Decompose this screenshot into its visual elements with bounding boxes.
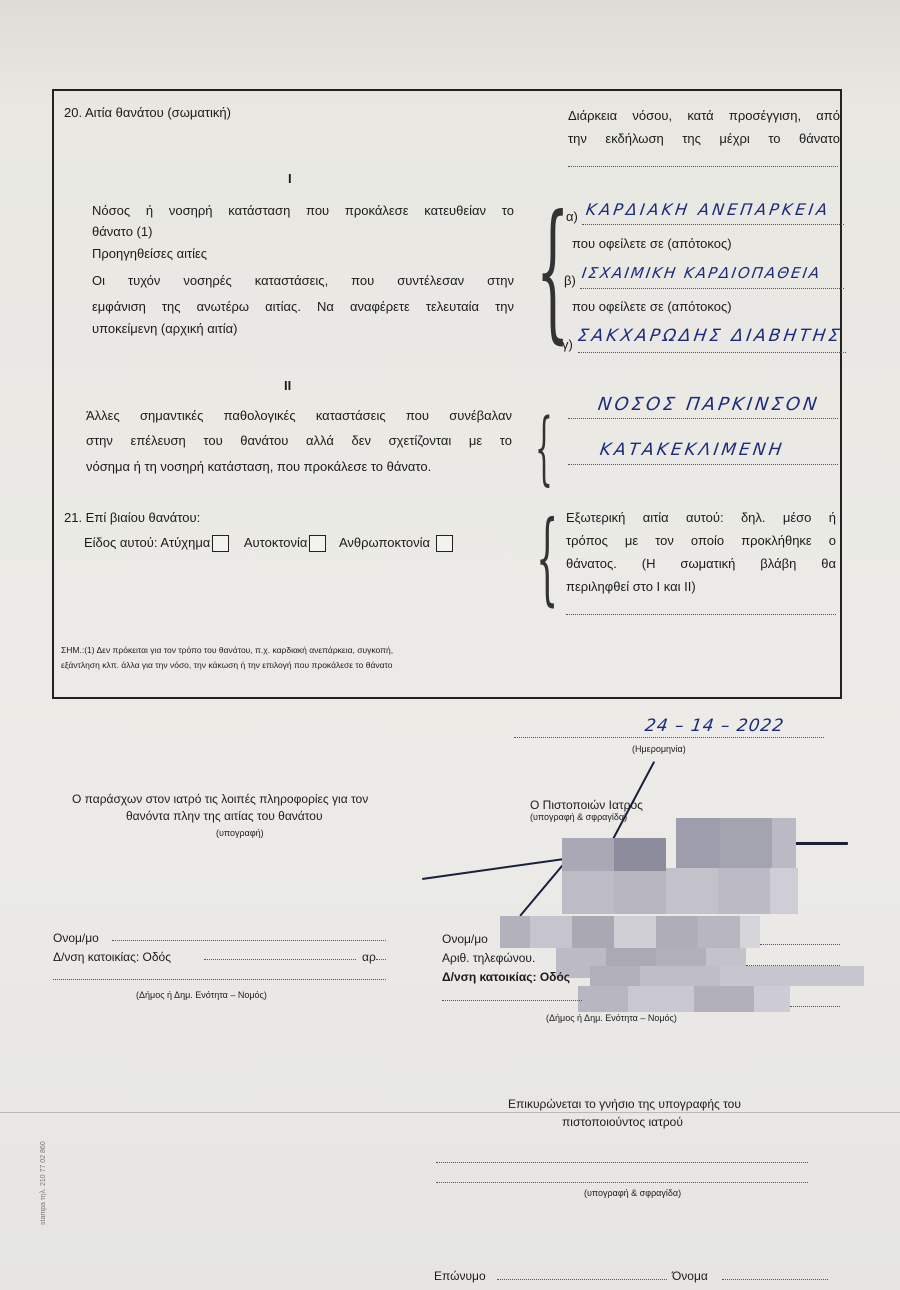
violent-death-options: Είδος αυτού: Ατύχημα Αυτοκτονία Ανθρωποκ… [84, 532, 453, 553]
note-line-1: ΣΗΜ.:(1) Δεν πρόκειται για τον τρόπο του… [61, 644, 393, 657]
part-2-numeral: II [284, 375, 291, 396]
cause-a-line [582, 224, 844, 225]
surname-label: Επώνυμο [434, 1266, 486, 1287]
cause-a-prefix: α) [566, 206, 578, 227]
part-2-line-1 [568, 418, 838, 419]
option-accident-checkbox[interactable] [212, 535, 229, 552]
external-cause-3: θάνατος. (Η σωματική βλάβη θα [566, 553, 836, 574]
date-value[interactable]: 24 – 14 – 2022 [644, 716, 786, 736]
firstname-label: Όνομα [672, 1266, 708, 1287]
part-2-text-3: νόσημα ή τη νοσηρή κατάσταση, που προκάλ… [86, 456, 431, 477]
informant-address-label: Δ/νση κατοικίας: Οδός [53, 947, 171, 968]
verification-line-1[interactable] [436, 1162, 808, 1163]
cause-b-line [580, 288, 844, 289]
kind-label: Είδος αυτού: [84, 535, 157, 550]
cause-b-note: που οφείλετε σε (απότοκος) [572, 296, 732, 317]
doctor-phone-label: Αριθ. τηλεφώνου. [442, 948, 535, 969]
verification-title-2: πιστοποιούντος ιατρού [562, 1112, 683, 1133]
part-2-value-2[interactable]: ΚΑΤΑΚΕΚΛΙΜΕΝΗ [599, 440, 786, 460]
part-1-text-2: θάνατο (1) [92, 221, 152, 242]
informant-number-field[interactable] [376, 959, 386, 960]
cause-b-prefix: β) [564, 270, 576, 291]
doctor-signature-stroke-4 [790, 842, 848, 845]
cause-c-prefix: γ) [562, 334, 573, 355]
doctor-municipality-field[interactable] [442, 1000, 582, 1001]
printer-mark: stampa τηλ. 210 77 02 860 [40, 1141, 47, 1225]
option-suicide-checkbox[interactable] [309, 535, 326, 552]
part-2-text-1: Άλλες σημαντικές παθολογικές καταστάσεις… [86, 405, 512, 426]
date-line [514, 737, 824, 738]
part-1-text-1: Νόσος ή νοσηρή κατάσταση που προκάλεσε κ… [92, 200, 514, 221]
part-1-text-5: εμφάνιση της ανωτέρω αιτίας. Να αναφέρετ… [92, 296, 514, 317]
option-accident-label: Ατύχημα [160, 535, 210, 550]
external-cause-2: τρόπος με τον οποίο προκλήθηκε ο [566, 530, 836, 551]
external-cause-4: περιληφθεί στο Ι και ΙΙ) [566, 576, 696, 597]
informant-number-label: αρ [362, 947, 376, 968]
verification-sign-label: (υπογραφή & σφραγίδα) [584, 1188, 681, 1198]
option-suicide-label: Αυτοκτονία [244, 535, 308, 550]
cause-a-note: που οφείλετε σε (απότοκος) [572, 233, 732, 254]
informant-municipality-field[interactable] [53, 979, 386, 980]
informant-title-2: θανόντα πλην της αιτίας του θανάτου [126, 806, 323, 827]
part-1-text-4: Οι τυχόν νοσηρές καταστάσεις, που συντέλ… [92, 270, 514, 291]
informant-address-field[interactable] [204, 959, 356, 960]
part-1-text-3: Προηγηθείσες αιτίες [92, 243, 207, 264]
option-homicide-label: Ανθρωποκτονία [339, 535, 430, 550]
doctor-phone-field[interactable] [746, 965, 840, 966]
informant-name-field[interactable] [112, 940, 386, 941]
duration-header-line-2: την εκδήλωση της μέχρι το θάνατο [568, 128, 840, 149]
informant-name-label: Ονομ/μο [53, 928, 99, 949]
firstname-field[interactable] [722, 1279, 828, 1280]
document-page: 20. Αιτία θανάτου (σωματική) Διάρκεια νό… [0, 0, 900, 1290]
cause-b-value[interactable]: ΙΣΧΑΙΜΙΚΗ ΚΑΡΔΙΟΠΑΘΕΙΑ [581, 264, 823, 282]
informant-sign-label: (υπογραφή) [216, 828, 264, 838]
part-2-value-1[interactable]: ΝΟΣΟΣ ΠΑΡΚΙΝΣΟΝ [597, 394, 822, 415]
option-homicide-checkbox[interactable] [436, 535, 453, 552]
part-1-text-6: υποκείμενη (αρχική αιτία) [92, 318, 238, 339]
external-cause-1: Εξωτερική αιτία αυτού: δηλ. μέσο ή [566, 507, 836, 528]
section-20-title: 20. Αιτία θανάτου (σωματική) [64, 102, 231, 123]
external-cause-brace: { [536, 508, 558, 608]
doctor-address-label: Δ/νση κατοικίας: Οδός [442, 967, 570, 988]
doctor-sign-label: (υπογραφή & σφραγίδα) [530, 812, 627, 822]
doctor-name-field[interactable] [760, 944, 840, 945]
cause-a-value[interactable]: ΚΑΡΔΙΑΚΗ ΑΝΕΠΑΡΚΕΙΑ [585, 200, 832, 219]
paper-fold [0, 1112, 900, 1113]
part-2-text-2: στην επέλευση του θανάτου αλλά δεν σχετί… [86, 430, 512, 451]
cause-c-line [578, 352, 846, 353]
doctor-municipality-label: (Δήμος ή Δημ. Ενότητα – Νομός) [546, 1013, 677, 1023]
part-2-line-2 [568, 464, 838, 465]
duration-line[interactable] [568, 166, 838, 167]
doctor-name-label: Ονομ/μο [442, 929, 488, 950]
note-line-2: εξάντληση κλπ. άλλα για την νόσο, την κά… [61, 659, 393, 672]
section-21-title: 21. Επί βιαίου θανάτου: [64, 507, 200, 528]
date-label: (Ημερομηνία) [632, 744, 686, 754]
part-2-brace: { [535, 408, 553, 488]
doctor-municipality-field-end [790, 1006, 840, 1007]
surname-field[interactable] [497, 1279, 667, 1280]
part-1-numeral: I [288, 168, 292, 189]
duration-header-line-1: Διάρκεια νόσου, κατά προσέγγιση, από [568, 105, 840, 126]
cause-c-value[interactable]: ΣΑΚΧΑΡΩΔΗΣ ΔΙΑΒΗΤΗΣ [577, 326, 844, 346]
external-cause-line[interactable] [566, 614, 836, 615]
verification-line-2[interactable] [436, 1182, 808, 1183]
informant-municipality-label: (Δήμος ή Δημ. Ενότητα – Νομός) [136, 990, 267, 1000]
